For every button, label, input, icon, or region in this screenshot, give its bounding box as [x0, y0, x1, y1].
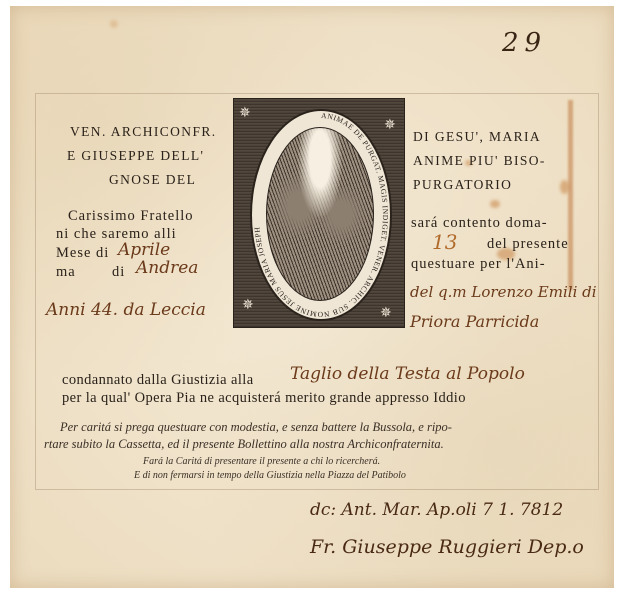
star-ornament-icon: ✵	[239, 107, 251, 121]
sentence-handwritten: Taglio della Testa al Popolo	[290, 364, 525, 384]
signature: Fr. Giuseppe Ruggieri Dep.o	[310, 536, 584, 558]
note-line-1: Per caritá si prega questuare con modest…	[60, 420, 452, 435]
header-right-line-2: ANIME PIU' BISO-	[413, 153, 546, 169]
header-left-line-3: GNOSE DEL	[109, 172, 196, 188]
stain-spot	[490, 200, 500, 208]
header-right-line-1: DI GESU', MARIA	[413, 129, 541, 145]
condemned-line: condannato dalla Giustizia alla	[62, 372, 254, 389]
note-line-4: E di non fermarsi in tempo della Giustiz…	[134, 470, 406, 481]
stain-vertical	[568, 100, 573, 290]
header-left-line-2: E GIUSEPPE DELL'	[67, 148, 204, 164]
greeting: Carissimo Fratello	[68, 208, 194, 225]
header-left-line-1: VEN. ARCHICONFR.	[70, 124, 217, 140]
medallion-oval: ANIMAE DE PURGAT. MAGIS INDIGET. VENER. …	[250, 109, 392, 321]
note-line-2: rtare subito la Cassetta, ed il presente…	[44, 437, 444, 452]
corner-number: 29	[502, 28, 547, 58]
star-ornament-icon: ✵	[380, 307, 392, 321]
star-ornament-icon: ✵	[242, 299, 254, 313]
name-handwritten: Andrea	[136, 258, 198, 278]
date-handwritten: dc: Ant. Mar. Ap.oli 7 1. 7812	[310, 500, 563, 520]
stain-spot	[560, 180, 569, 194]
day-handwritten: 13	[432, 230, 457, 254]
medallion-inscription: ANIMAE DE PURGAT. MAGIS INDIGET. VENER. …	[252, 111, 390, 319]
offense-handwritten: Priora Parricida	[410, 312, 539, 331]
body-right-line-2: del presente	[487, 236, 569, 253]
star-ornament-icon: ✵	[384, 119, 396, 133]
religious-engraving: ANIMAE DE PURGAT. MAGIS INDIGET. VENER. …	[233, 98, 405, 328]
father-handwritten: del q.m Lorenzo Emili di	[410, 283, 597, 301]
body-left-line-4b: di	[112, 264, 125, 281]
age-handwritten: Anni 44. da Leccia	[46, 300, 206, 320]
body-left-line-4: ma	[56, 264, 76, 281]
note-line-3: Fará la Caritá di presentare il presente…	[143, 456, 380, 467]
svg-text:ANIMAE DE PURGAT. MAGIS INDIGE: ANIMAE DE PURGAT. MAGIS INDIGET. VENER. …	[252, 111, 390, 319]
body-right-line-3: questuare per l'Ani-	[411, 256, 546, 273]
month-handwritten: Aprile	[118, 240, 170, 260]
merit-line: per la qual' Opera Pia ne acquisterá mer…	[62, 390, 466, 407]
header-right-line-3: PURGATORIO	[413, 177, 512, 193]
stain-spot	[110, 20, 118, 28]
body-left-line-3: Mese di	[56, 245, 109, 262]
